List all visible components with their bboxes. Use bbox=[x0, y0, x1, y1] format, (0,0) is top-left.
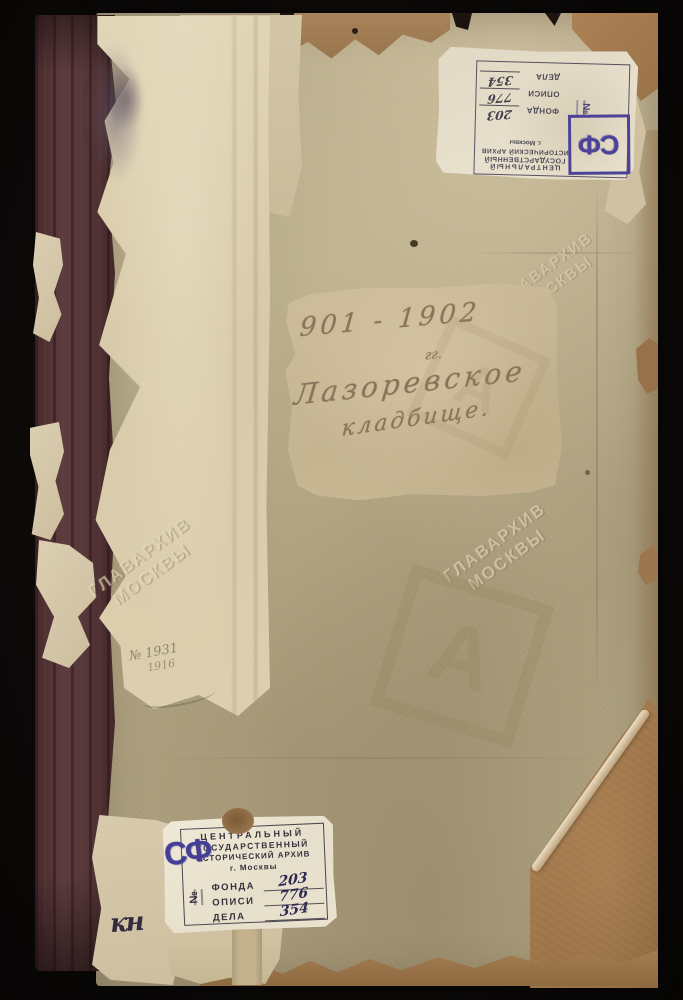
corner-ink-mark: кн bbox=[110, 908, 148, 948]
cover-crease bbox=[130, 757, 630, 759]
ink-speck bbox=[585, 470, 590, 475]
tape-strip bbox=[232, 928, 262, 985]
sf-mark: СФ bbox=[568, 114, 631, 175]
ink-speck bbox=[352, 28, 358, 34]
corner-ink-text: кн bbox=[110, 908, 144, 939]
watermark-logo-letter: А bbox=[418, 600, 506, 713]
delo-label: ДЕЛА bbox=[213, 910, 265, 923]
sf-mark: СФ bbox=[162, 831, 213, 874]
stamp-header: ЦЕНТРАЛЬНЫЙ ГОСУДАРСТВЕННЫЙ ИСТОРИЧЕСКИЙ… bbox=[478, 137, 573, 170]
opis-label: ОПИСИ bbox=[212, 895, 264, 908]
photo-backdrop: ГЛАВАРХИВ МОСКВЫ ГЛАВАРХИВ МОСКВЫ ГЛАВАР… bbox=[0, 0, 683, 1000]
stamp-rows: ФОНДА 203 ОПИСИ 776 ДЕЛА 354 bbox=[211, 874, 325, 924]
delo-row: ДЕЛА 354 bbox=[480, 70, 560, 89]
fond-value: 203 bbox=[486, 109, 512, 121]
stamp-rows: ФОНДА 203 ОПИСИ 776 ДЕЛА 354 bbox=[479, 70, 560, 123]
ink-speck bbox=[410, 240, 418, 247]
opis-value: 776 bbox=[486, 92, 512, 104]
delo-label: ДЕЛА bbox=[520, 72, 560, 82]
delo-value: 354 bbox=[487, 75, 513, 87]
fond-label: ФОНДА bbox=[519, 106, 559, 116]
paper-hole-stain bbox=[222, 808, 254, 834]
archive-stamp-top: ЦЕНТРАЛЬНЫЙ ГОСУДАРСТВЕННЫЙ ИСТОРИЧЕСКИЙ… bbox=[435, 46, 638, 181]
stamp-org-line4: г. Москвы bbox=[478, 137, 572, 146]
frayed-right-edge bbox=[634, 130, 658, 720]
archive-stamp-bottom: ЦЕНТРАЛЬНЫЙ ГОСУДАРСТВЕННЫЙ ИСТОРИЧЕСКИЙ… bbox=[161, 813, 338, 933]
ink-stain bbox=[108, 66, 144, 130]
micro-stamp-text bbox=[194, 889, 204, 905]
delo-value: 354 bbox=[280, 903, 309, 918]
watermark-logo-letter: А bbox=[445, 347, 513, 428]
fond-label: ФОНДА bbox=[211, 880, 263, 893]
opis-label: ОПИСИ bbox=[519, 89, 559, 99]
